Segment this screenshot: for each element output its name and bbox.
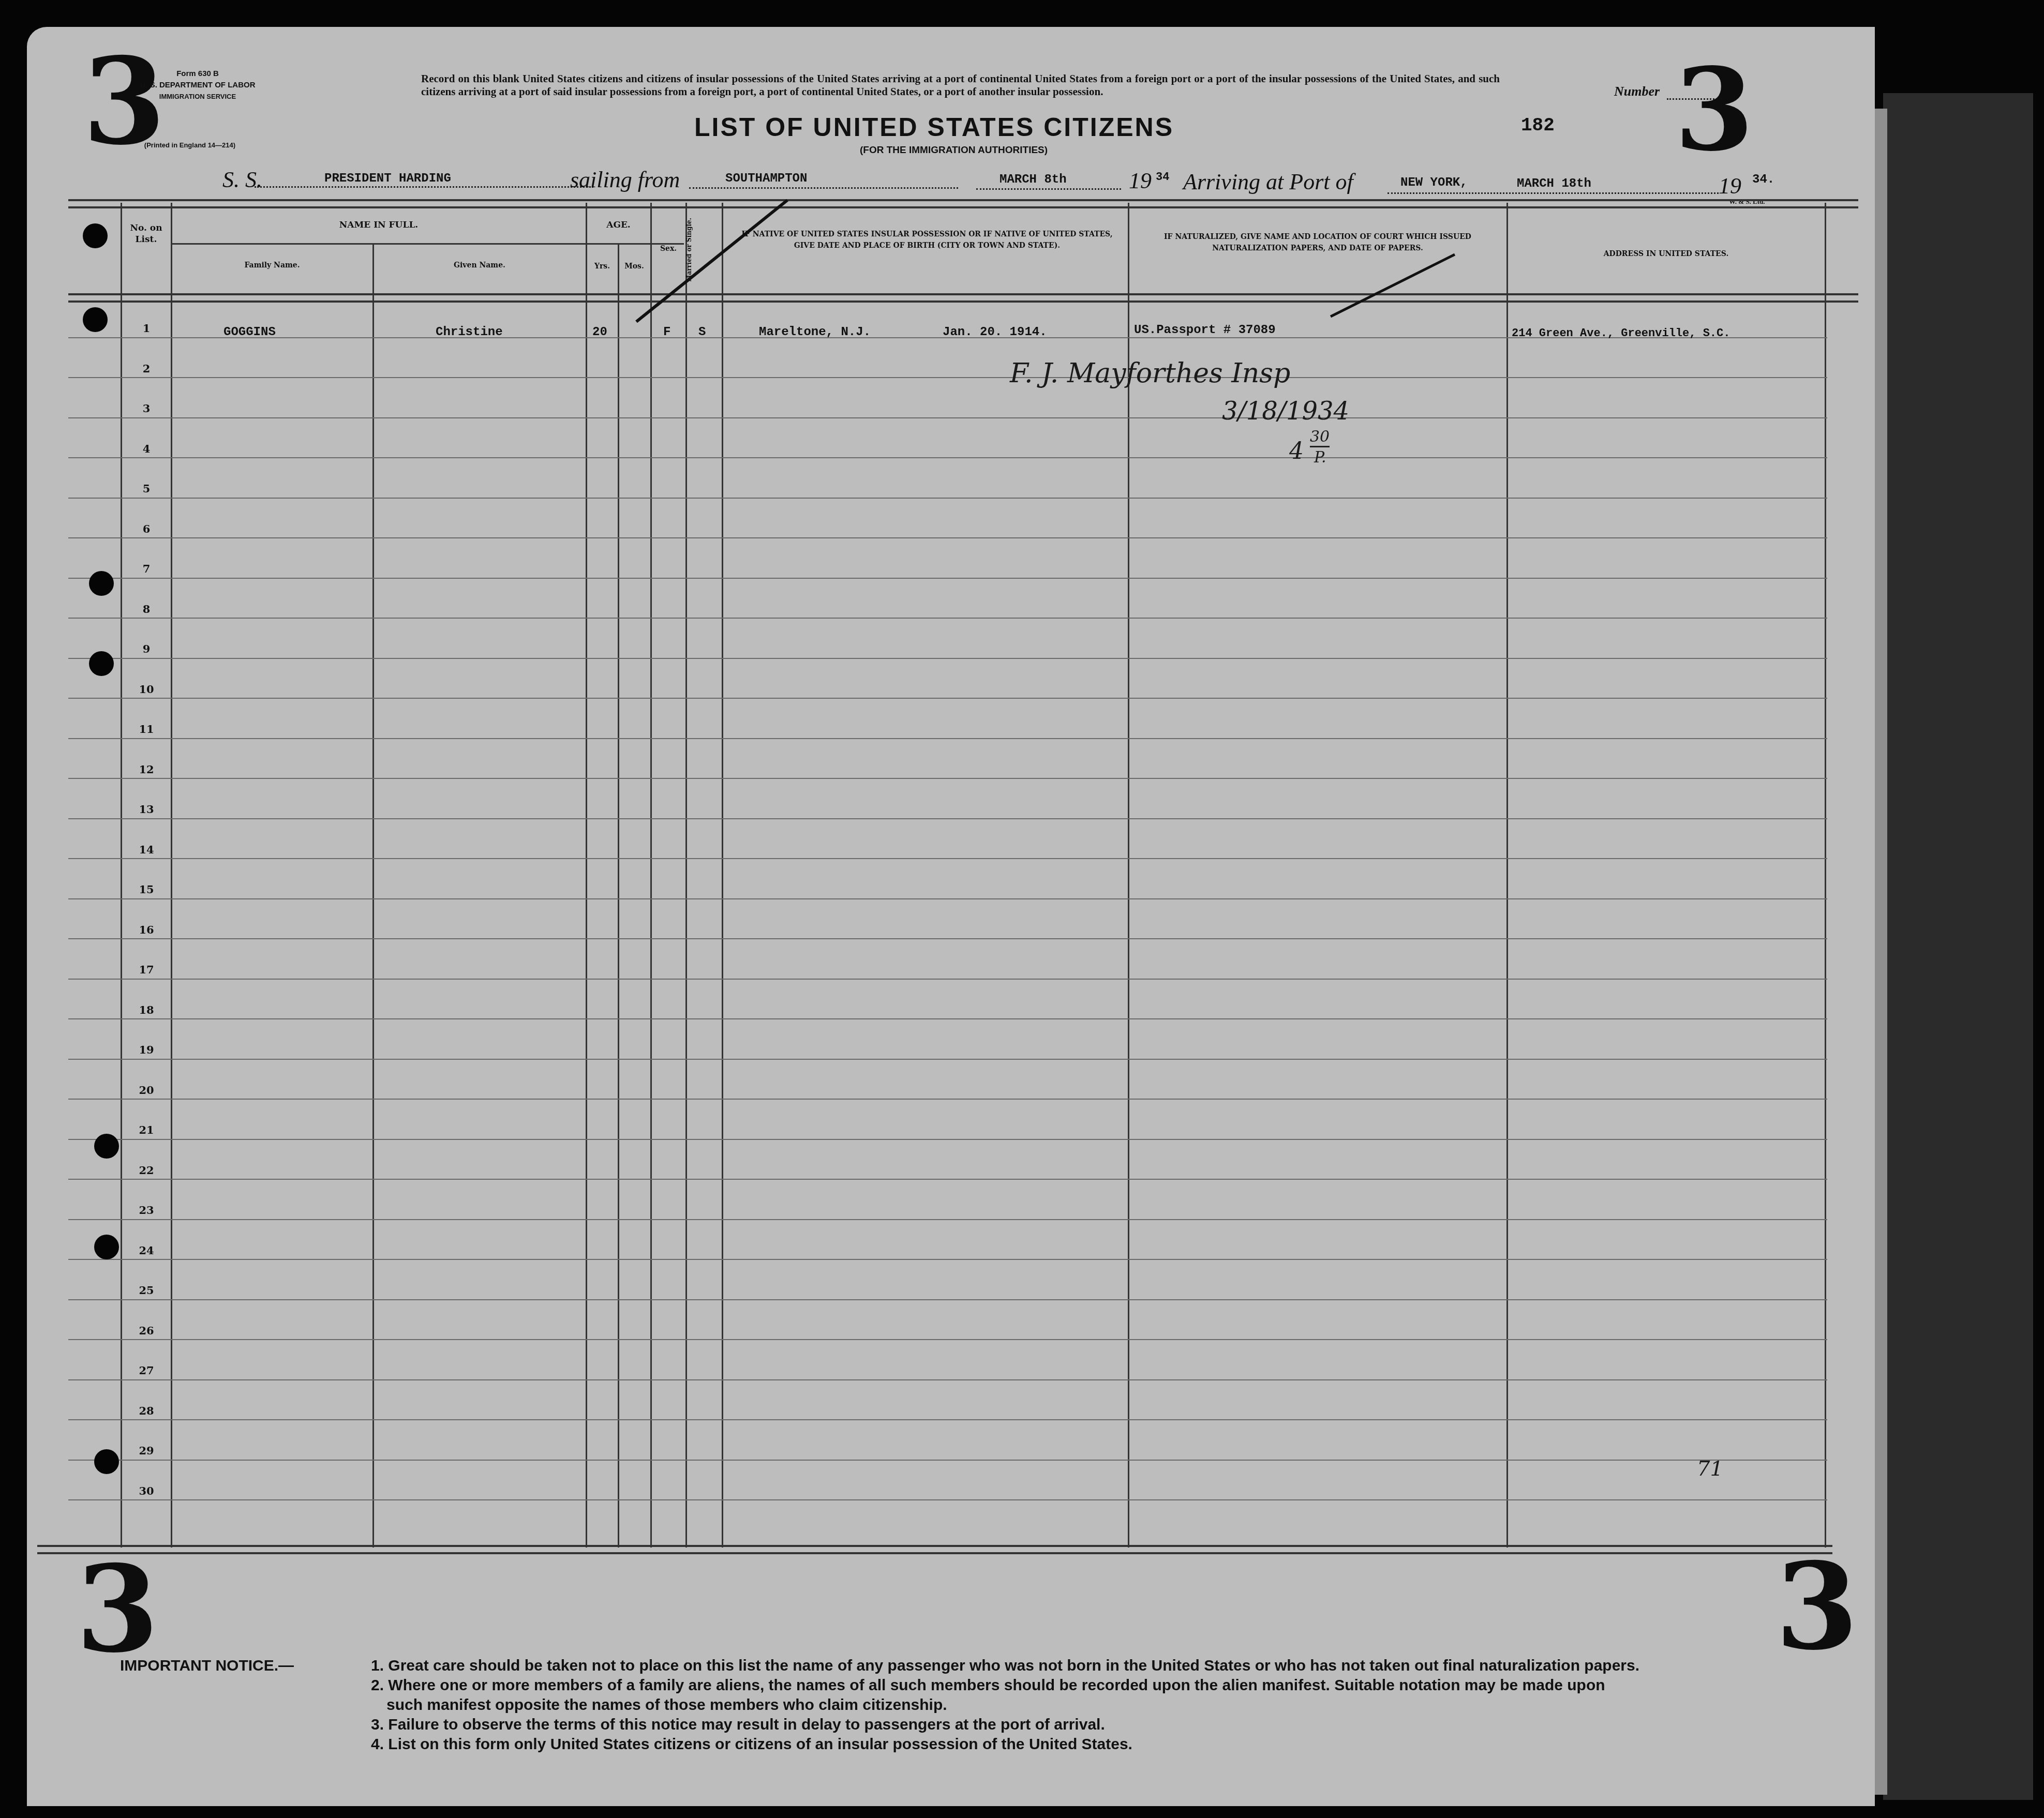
sheet-number-bottom-left: 3 xyxy=(76,1550,159,1669)
time-frac-bottom: P. xyxy=(1314,448,1326,467)
notice-label: IMPORTANT NOTICE.— xyxy=(120,1656,294,1676)
diagonal-stroke-icon xyxy=(1331,254,1455,317)
punch-hole xyxy=(89,651,114,676)
binder-backing xyxy=(1883,93,2033,1800)
punch-hole xyxy=(94,1235,119,1259)
page-mark: 71 xyxy=(1697,1457,1723,1481)
punch-hole xyxy=(83,307,108,332)
inspector-signature: F. J. Mayforthes Insp xyxy=(1010,358,1290,389)
manifest-page: 3 Form 630 B U. S. DEPARTMENT OF LABOR I… xyxy=(27,27,1875,1806)
punch-hole xyxy=(94,1449,119,1474)
punch-hole xyxy=(83,223,108,248)
pen-strokes xyxy=(27,27,1875,1806)
punch-hole xyxy=(94,1134,119,1159)
notice-item-2: 2. Where one or more members of a family… xyxy=(371,1676,1830,1695)
inspection-date: 3/18/1934 xyxy=(1222,397,1349,426)
sheet-number-bottom-right: 3 xyxy=(1776,1547,1858,1666)
notice-item-1: 1. Great care should be taken not to pla… xyxy=(371,1656,1830,1676)
notice-item-4: 4. List on this form only United States … xyxy=(371,1735,1830,1754)
notice-list: 1. Great care should be taken not to pla… xyxy=(371,1656,1830,1754)
notice-item-3: 3. Failure to observe the terms of this … xyxy=(371,1715,1830,1735)
diagonal-stroke-icon xyxy=(636,200,787,322)
notice-item-2-cont: such manifest opposite the names of thos… xyxy=(371,1695,1830,1715)
punch-hole xyxy=(89,571,114,596)
time-frac-top: 30 xyxy=(1310,428,1330,447)
time-whole: 4 xyxy=(1289,438,1304,464)
